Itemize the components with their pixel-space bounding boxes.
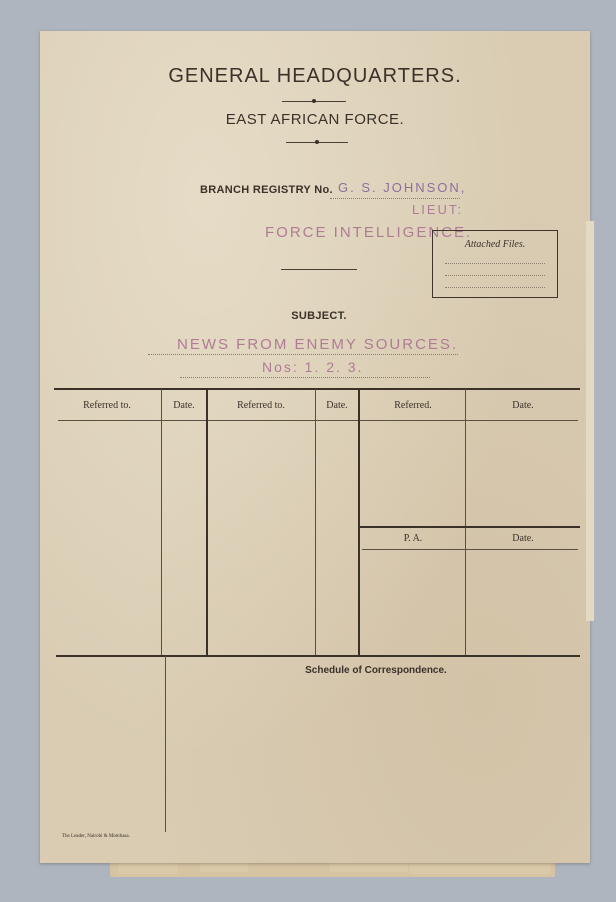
header-referred-to-2: Referred to. xyxy=(208,400,314,411)
subject-line xyxy=(148,354,458,355)
subject-line xyxy=(180,377,430,378)
column-divider xyxy=(465,389,466,655)
column-divider-thick xyxy=(206,389,208,655)
attached-files-line xyxy=(445,287,545,288)
subject-label: SUBJECT. xyxy=(40,310,598,322)
column-divider xyxy=(161,389,162,655)
attached-files-line xyxy=(445,275,545,276)
schedule-label: Schedule of Correspondence. xyxy=(166,665,586,676)
divider-dot xyxy=(315,140,319,144)
printer-imprint: The Leader, Nairobi & Mombasa. xyxy=(62,834,130,839)
paper-edge xyxy=(586,221,594,621)
file-cover: GENERAL HEADQUARTERS. EAST AFRICAN FORCE… xyxy=(40,31,590,863)
header-pa-date: Date. xyxy=(466,533,580,544)
header-date-2: Date. xyxy=(316,400,358,411)
pa-section-border xyxy=(360,526,580,528)
registry-underline xyxy=(281,269,357,270)
header-underline xyxy=(58,420,578,421)
column-divider-thick xyxy=(358,389,360,655)
registry-dotted-line xyxy=(330,198,460,199)
pa-header-underline xyxy=(362,549,578,550)
header-date-3: Date. xyxy=(466,400,580,411)
branch-registry-label: BRANCH REGISTRY No. xyxy=(200,184,333,196)
header-referred: Referred. xyxy=(360,400,466,411)
divider-dot xyxy=(312,99,316,103)
document-subtitle: EAST AFRICAN FORCE. xyxy=(40,111,590,128)
document-title: GENERAL HEADQUARTERS. xyxy=(40,65,590,88)
handwritten-subject: NEWS FROM ENEMY SOURCES. xyxy=(177,336,458,353)
table-top-border xyxy=(54,388,580,390)
header-referred-to-1: Referred to. xyxy=(54,400,160,411)
column-divider xyxy=(315,389,316,655)
attached-files-box: Attached Files. xyxy=(432,230,558,298)
handwritten-subject-numbers: Nos: 1. 2. 3. xyxy=(262,359,363,375)
table-bottom-border xyxy=(56,655,580,657)
handwritten-registry-name: G. S. JOHNSON, xyxy=(338,180,466,195)
attached-files-line xyxy=(445,263,545,264)
attached-files-label: Attached Files. xyxy=(433,239,557,250)
header-pa: P. A. xyxy=(360,533,466,544)
header-date-1: Date. xyxy=(162,400,206,411)
schedule-divider xyxy=(165,656,166,832)
handwritten-rank: LIEUT: xyxy=(412,202,463,217)
